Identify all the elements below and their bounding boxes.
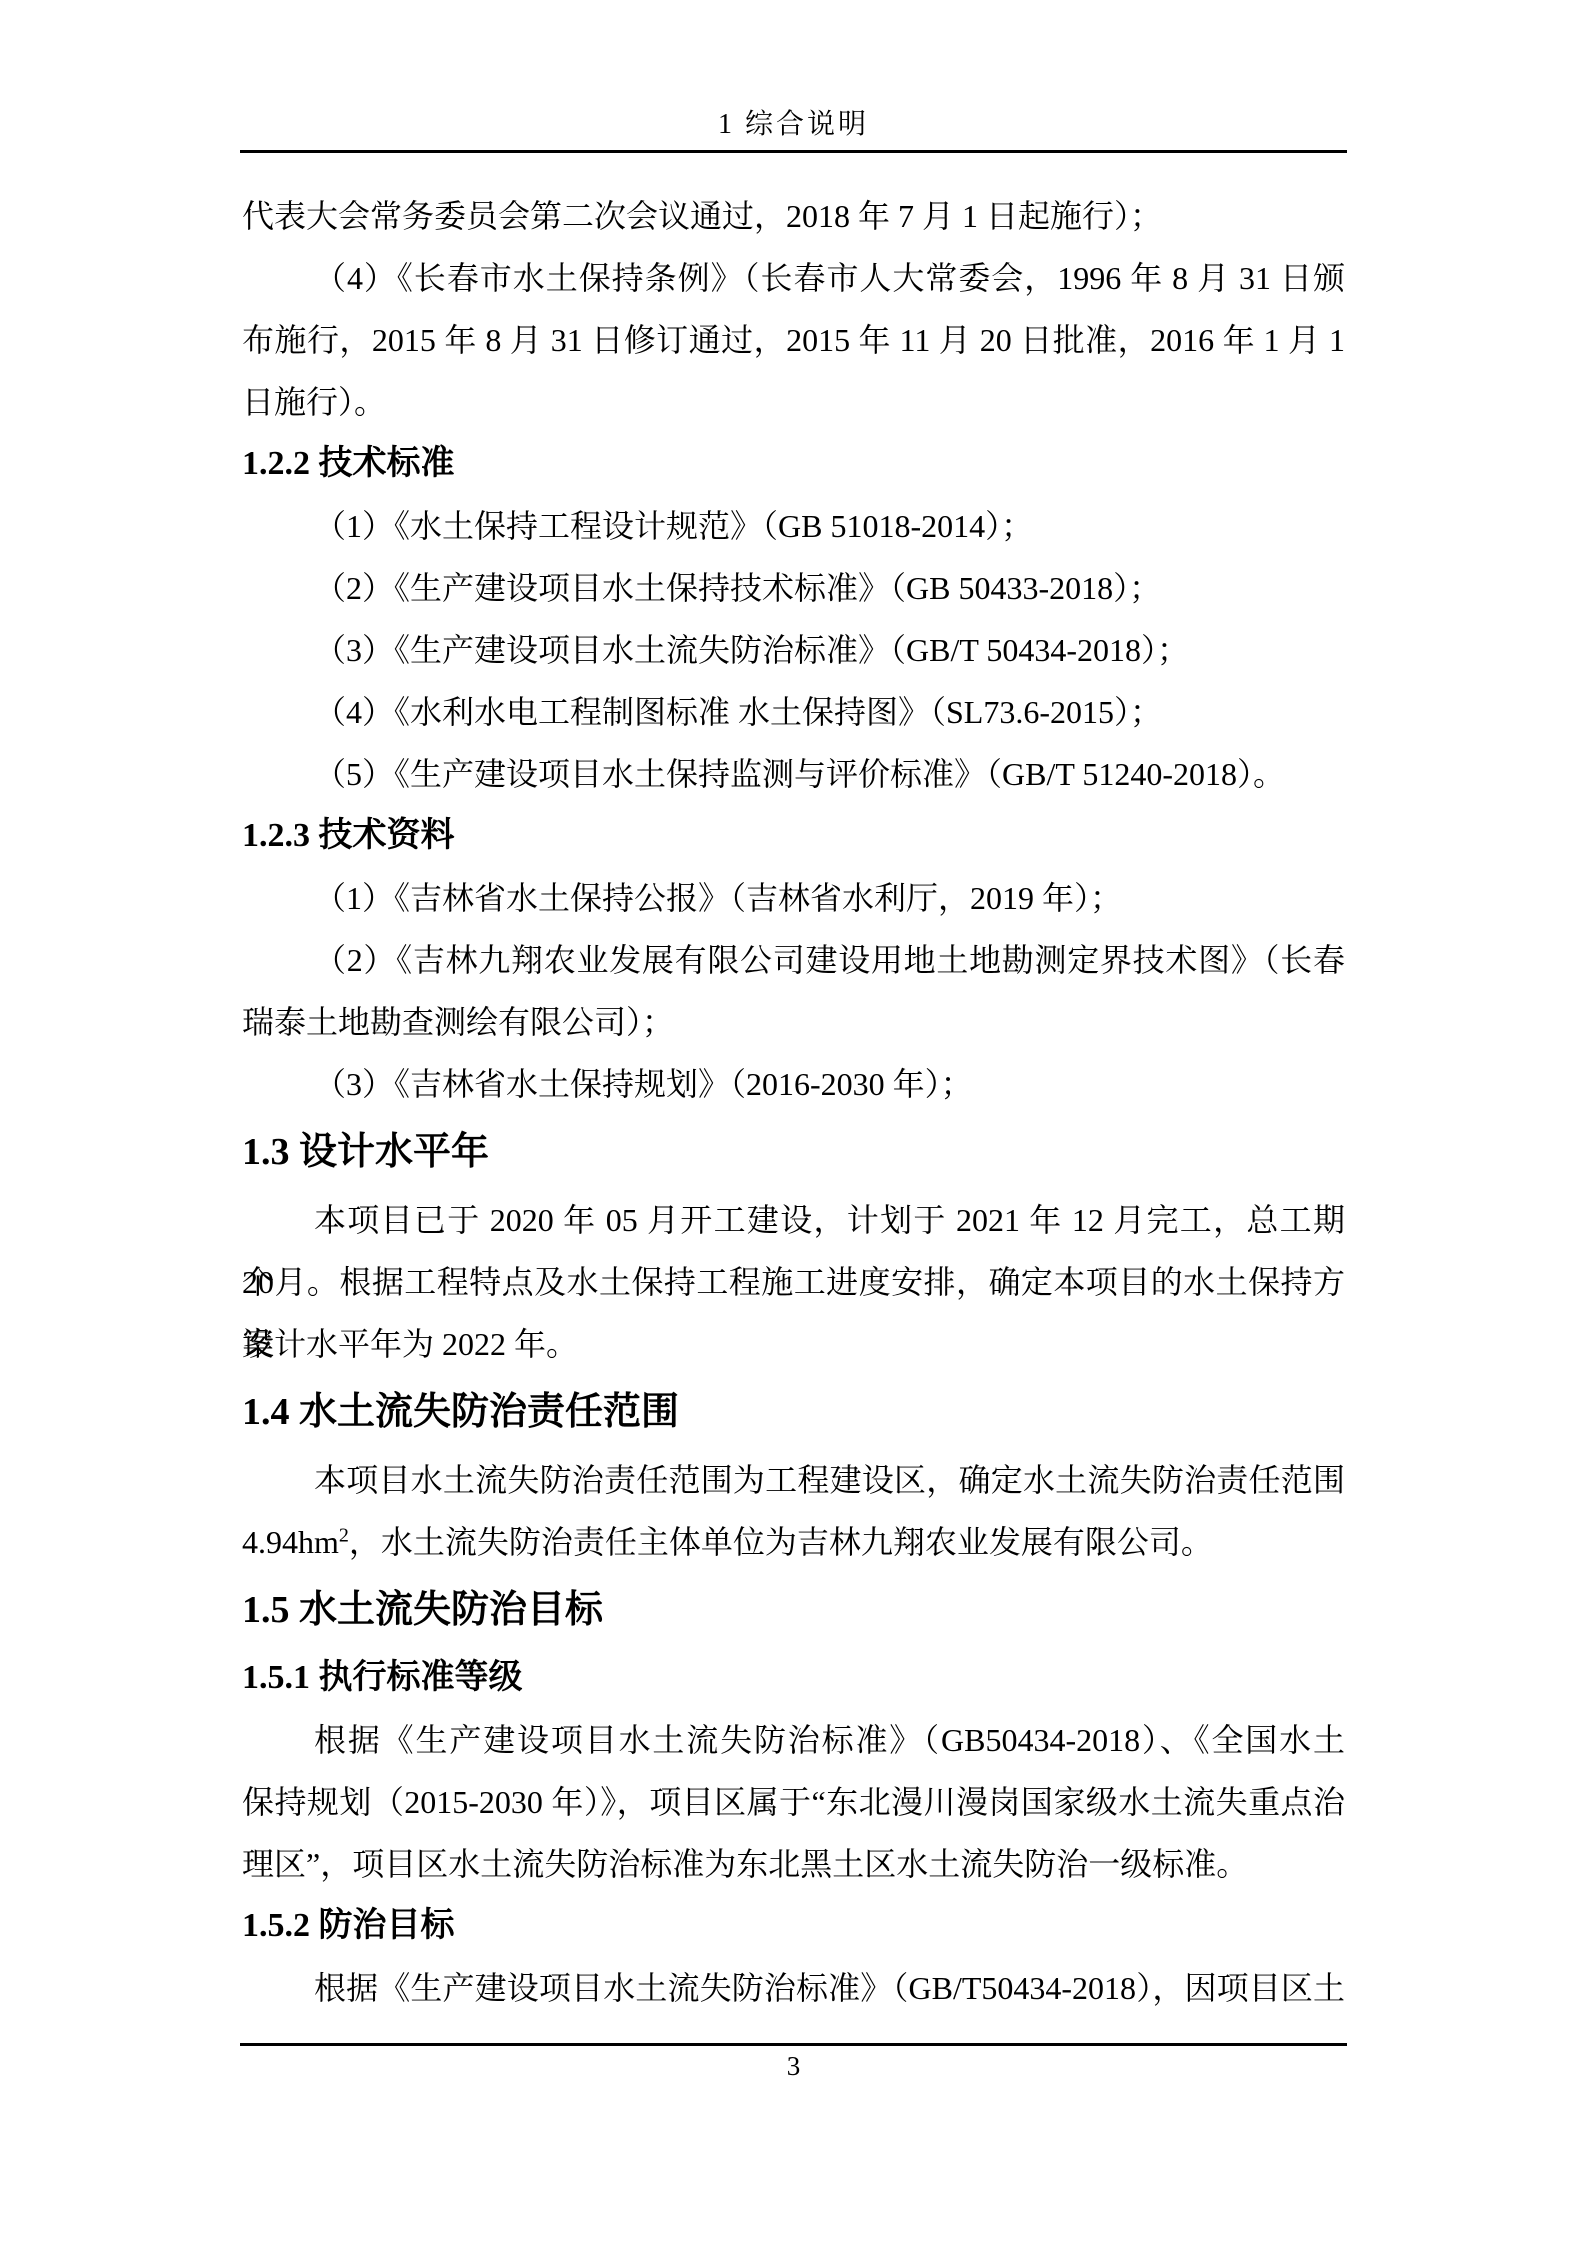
list-item: （3）《吉林省水土保持规划》（2016-2030 年）； bbox=[242, 1053, 1345, 1115]
list-item: （2）《生产建设项目水土保持技术标准》（GB 50433-2018）； bbox=[242, 557, 1345, 619]
para-line: 根据《生产建设项目水土流失防治标准》（GB/T50434-2018），因项目区土 bbox=[242, 1957, 1345, 2019]
para-line: （4）《长春市水土保持条例》（长春市人大常委会，1996 年 8 月 31 日颁 bbox=[242, 247, 1345, 309]
list-item: （2）《吉林九翔农业发展有限公司建设用地土地勘测定界技术图》（长春 bbox=[242, 929, 1345, 991]
heading-1-2-2: 1.2.2 技术标准 bbox=[242, 433, 1345, 495]
heading-1-5: 1.5 水土流失防治目标 bbox=[242, 1573, 1345, 1647]
para-line: 代表大会常务委员会第二次会议通过，2018 年 7 月 1 日起施行）； bbox=[242, 185, 1345, 247]
para-line: 设计水平年为 2022 年。 bbox=[242, 1313, 1345, 1375]
page-number: 3 bbox=[0, 2046, 1587, 2086]
heading-1-3: 1.3 设计水平年 bbox=[242, 1115, 1345, 1189]
list-item: （1）《吉林省水土保持公报》（吉林省水利厅，2019 年）； bbox=[242, 867, 1345, 929]
document-page: 1 综合说明 代表大会常务委员会第二次会议通过，2018 年 7 月 1 日起施… bbox=[0, 0, 1587, 2245]
header-divider-line bbox=[240, 150, 1347, 153]
list-item: （1）《水土保持工程设计规范》（GB 51018-2014）； bbox=[242, 495, 1345, 557]
list-item: （4）《水利水电工程制图标准 水土保持图》（SL73.6-2015）； bbox=[242, 681, 1345, 743]
heading-1-5-2: 1.5.2 防治目标 bbox=[242, 1895, 1345, 1957]
para-line: 个月。根据工程特点及水土保持工程施工进度安排，确定本项目的水土保持方案 bbox=[242, 1251, 1345, 1313]
para-line: 本项目已于 2020 年 05 月开工建设，计划于 2021 年 12 月完工，… bbox=[242, 1189, 1345, 1251]
para-line: 根据《生产建设项目水土流失防治标准》（GB50434-2018）、《全国水土 bbox=[242, 1709, 1345, 1771]
document-body: 代表大会常务委员会第二次会议通过，2018 年 7 月 1 日起施行）；（4）《… bbox=[242, 185, 1345, 2019]
para-line: 4.94hm2，水土流失防治责任主体单位为吉林九翔农业发展有限公司。 bbox=[242, 1511, 1345, 1573]
heading-1-4: 1.4 水土流失防治责任范围 bbox=[242, 1375, 1345, 1449]
list-item: （5）《生产建设项目水土保持监测与评价标准》（GB/T 51240-2018）。 bbox=[242, 743, 1345, 805]
para-line: 日施行）。 bbox=[242, 371, 1345, 433]
heading-1-5-1: 1.5.1 执行标准等级 bbox=[242, 1647, 1345, 1709]
para-line: 瑞泰土地勘查测绘有限公司）； bbox=[242, 991, 1345, 1053]
superscript-text: 2 bbox=[339, 1524, 349, 1546]
text-segment: 4.94hm bbox=[242, 1524, 339, 1560]
page-header-title: 1 综合说明 bbox=[0, 105, 1587, 145]
list-item: （3）《生产建设项目水土流失防治标准》（GB/T 50434-2018）； bbox=[242, 619, 1345, 681]
para-line: 保持规划（2015-2030 年）》，项目区属于“东北漫川漫岗国家级水土流失重点… bbox=[242, 1771, 1345, 1833]
text-segment: ，水土流失防治责任主体单位为吉林九翔农业发展有限公司。 bbox=[349, 1524, 1213, 1560]
para-line: 布施行，2015 年 8 月 31 日修订通过，2015 年 11 月 20 日… bbox=[242, 309, 1345, 371]
para-line: 理区”，项目区水土流失防治标准为东北黑土区水土流失防治一级标准。 bbox=[242, 1833, 1345, 1895]
heading-1-2-3: 1.2.3 技术资料 bbox=[242, 805, 1345, 867]
para-line: 本项目水土流失防治责任范围为工程建设区，确定水土流失防治责任范围 bbox=[242, 1449, 1345, 1511]
